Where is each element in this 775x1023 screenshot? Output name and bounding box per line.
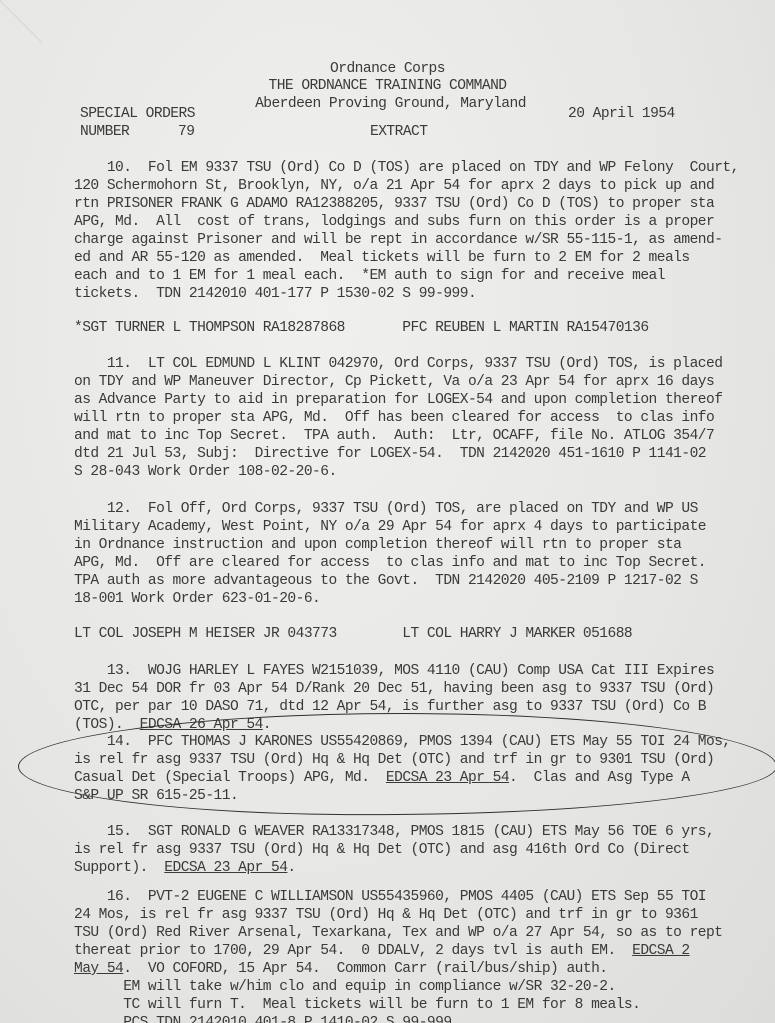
text-line: 18-001 Work Order 623-01-20-6. bbox=[74, 592, 320, 607]
text-line: tickets. TDN 2142010 401-177 P 1530-02 S… bbox=[74, 287, 476, 302]
number-label: NUMBER bbox=[80, 125, 129, 140]
text-line: 14. PFC THOMAS J KARONES US55420869, PMO… bbox=[74, 735, 731, 750]
text-line: thereat prior to 1700, 29 Apr 54. 0 DDAL… bbox=[74, 944, 690, 959]
text-line: PCS TDN 2142010 401-8 P 1410-02 S 99-999… bbox=[74, 1016, 460, 1023]
order-date: 20 April 1954 bbox=[568, 107, 675, 122]
text-line: is rel fr asg 9337 TSU (Ord) Hq & Hq Det… bbox=[74, 753, 714, 768]
text-line: S 28-043 Work Order 108-02-20-6. bbox=[74, 465, 337, 480]
text-line: 15. SGT RONALD G WEAVER RA13317348, PMOS… bbox=[74, 825, 714, 840]
text-line: on TDY and WP Maneuver Director, Cp Pick… bbox=[74, 375, 714, 390]
order-number: 79 bbox=[178, 125, 194, 140]
text-line: APG, Md. Off are cleared for access to c… bbox=[74, 556, 706, 571]
text-line: EM will take w/him clo and equip in comp… bbox=[74, 980, 616, 995]
text-line: dtd 21 Jul 53, Subj: Directive for LOGEX… bbox=[74, 447, 706, 462]
academy-instructors: LT COL JOSEPH M HEISER JR 043773 LT COL … bbox=[74, 627, 632, 642]
text-line: May 54. VO COFORD, 15 Apr 54. Common Car… bbox=[74, 962, 608, 977]
text-line: as Advance Party to aid in preparation f… bbox=[74, 393, 722, 408]
text-line: is rel fr asg 9337 TSU (Ord) Hq & Hq Det… bbox=[74, 843, 690, 858]
text-line: Military Academy, West Point, NY o/a 29 … bbox=[74, 520, 706, 535]
text-line: 16. PVT-2 EUGENE C WILLIAMSON US55435960… bbox=[74, 890, 706, 905]
text-line: OTC, per par 10 DASO 71, dtd 12 Apr 54, … bbox=[74, 700, 706, 715]
text-line: rtn PRISONER FRANK G ADAMO RA12388205, 9… bbox=[74, 197, 714, 212]
text-line: 13. WOJG HARLEY L FAYES W2151039, MOS 41… bbox=[74, 664, 714, 679]
edcsa-date: EDCSA 26 Apr 54 bbox=[140, 717, 263, 733]
text-line: 24 Mos, is rel fr asg 9337 TSU (Ord) Hq … bbox=[74, 908, 698, 923]
text-line: 11. LT COL EDMUND L KLINT 042970, Ord Co… bbox=[74, 357, 722, 372]
text-line: TC will furn T. Meal tickets will be fur… bbox=[74, 998, 640, 1013]
text-line: (TOS). EDCSA 26 Apr 54. bbox=[74, 718, 271, 733]
text-line: S&P UP SR 615-25-11. bbox=[74, 789, 238, 804]
edcsa-date: May 54 bbox=[74, 961, 123, 977]
text-line: ed and AR 55-120 as amended. Meal ticket… bbox=[74, 251, 690, 266]
command-name: THE ORDNANCE TRAINING COMMAND bbox=[0, 79, 775, 94]
text-line: 12. Fol Off, Ord Corps, 9337 TSU (Ord) T… bbox=[74, 502, 698, 517]
text-line: Casual Det (Special Troops) APG, Md. EDC… bbox=[74, 771, 690, 786]
text-line: TSU (Ord) Red River Arsenal, Texarkana, … bbox=[74, 926, 722, 941]
text-line: in Ordnance instruction and upon complet… bbox=[74, 538, 681, 553]
text-line: and mat to inc Top Secret. TPA auth. Aut… bbox=[74, 429, 714, 444]
org-name: Ordnance Corps bbox=[0, 62, 775, 77]
text-line: charge against Prisoner and will be rept… bbox=[74, 233, 722, 248]
extract-label: EXTRACT bbox=[370, 125, 427, 140]
orders-label: SPECIAL ORDERS bbox=[80, 107, 195, 122]
edcsa-date: EDCSA 2 bbox=[632, 943, 689, 959]
text-line: will rtn to proper sta APG, Md. Off has … bbox=[74, 411, 714, 426]
edcsa-date: EDCSA 23 Apr 54 bbox=[386, 770, 509, 786]
text-line: APG, Md. All cost of trans, lodgings and… bbox=[74, 215, 714, 230]
edcsa-date: EDCSA 23 Apr 54 bbox=[164, 860, 287, 876]
text-line: Support). EDCSA 23 Apr 54. bbox=[74, 861, 296, 876]
text-line: TPA auth as more advantageous to the Gov… bbox=[74, 574, 698, 589]
text-line: 120 Schermohorn St, Brooklyn, NY, o/a 21… bbox=[74, 179, 714, 194]
special-orders-document: Ordnance Corps THE ORDNANCE TRAINING COM… bbox=[0, 0, 775, 1023]
text-line: 31 Dec 54 DOR fr 03 Apr 54 D/Rank 20 Dec… bbox=[74, 682, 714, 697]
text-line: 10. Fol EM 9337 TSU (Ord) Co D (TOS) are… bbox=[74, 161, 739, 176]
text-line: each and to 1 EM for 1 meal each. *EM au… bbox=[74, 269, 665, 284]
meal-ticket-signers: *SGT TURNER L THOMPSON RA18287868 PFC RE… bbox=[74, 321, 649, 336]
